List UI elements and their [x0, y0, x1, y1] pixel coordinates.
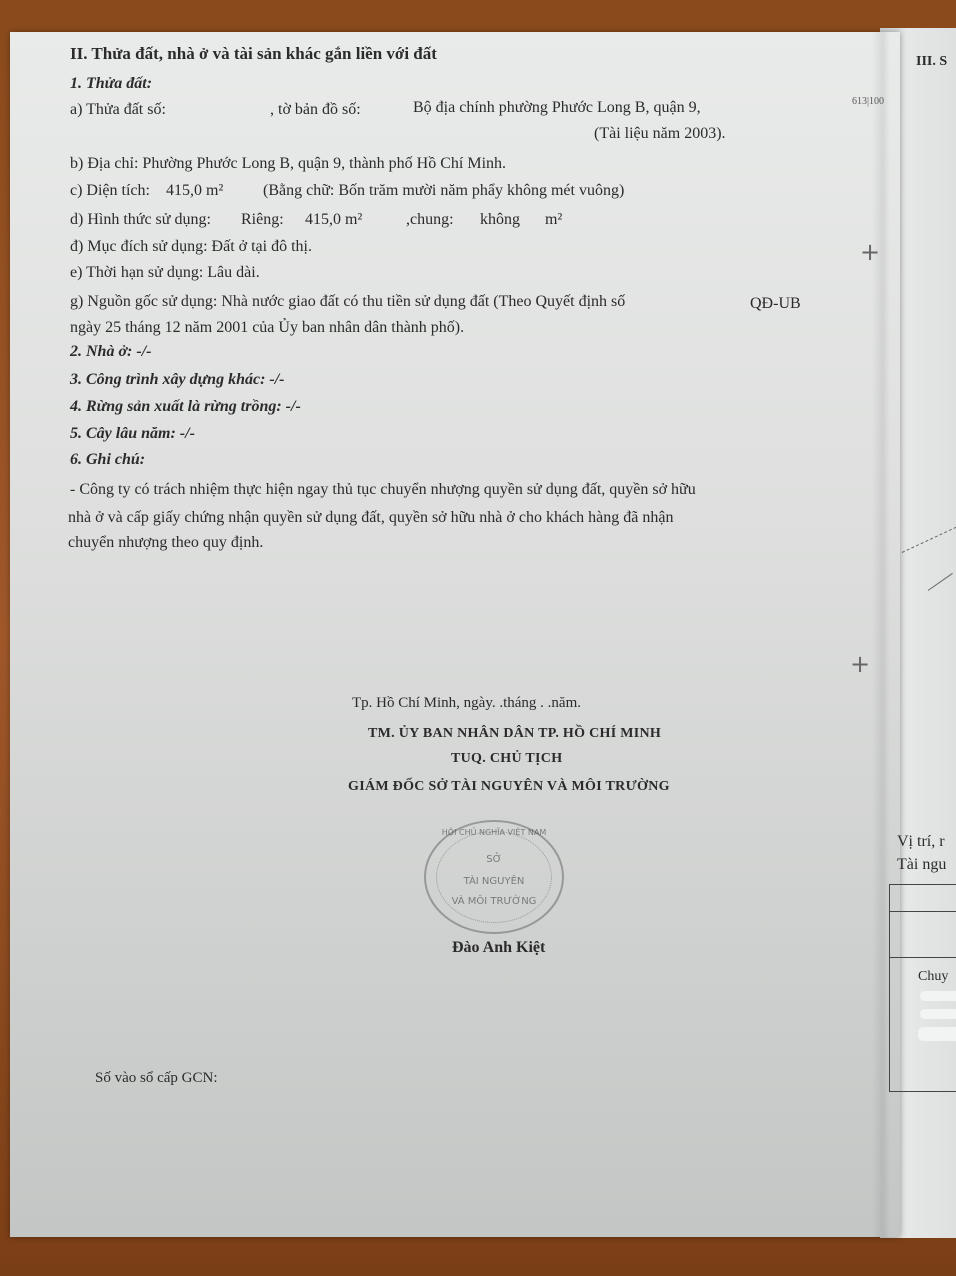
house-item: 2. Nhà ở: -/-	[70, 342, 151, 362]
crosshair-mark: +	[860, 240, 880, 264]
shared-use-unit: m²	[545, 210, 562, 230]
shared-use-label: ,chung:	[406, 210, 454, 230]
production-forest-item: 4. Rừng sản xuất là rừng trồng: -/-	[70, 397, 301, 417]
origin-line-1: g) Nguồn gốc sử dụng: Nhà nước giao đất …	[70, 292, 625, 312]
seal-text: SỞ	[426, 854, 562, 865]
origin-line-2: ngày 25 tháng 12 năm 2001 của Ủy ban nhâ…	[70, 318, 464, 338]
issuing-authority: TM. ỦY BAN NHÂN DÂN TP. HỒ CHÍ MINH	[368, 724, 661, 744]
place-date: Tp. Hồ Chí Minh, ngày. .tháng . .năm.	[352, 693, 581, 713]
registry-number-label: Số vào sổ cấp GCN:	[95, 1068, 218, 1088]
usage-purpose: đ) Mục đích sử dụng: Đất ở tại đô thị.	[70, 237, 312, 257]
area-value: 415,0 m²	[166, 181, 223, 201]
section-title: II. Thửa đất, nhà ở và tài sản khác gắn …	[70, 44, 437, 64]
signer-name: Đào Anh Kiệt	[452, 938, 545, 958]
note-line: - Công ty có trách nhiệm thực hiện ngay …	[70, 480, 696, 500]
note-line: nhà ở và cấp giấy chứng nhận quyền sử dụ…	[68, 508, 673, 528]
delegation-line: TUQ. CHỦ TỊCH	[451, 749, 562, 769]
page-fold	[872, 32, 890, 1237]
area-in-words: (Bằng chữ: Bốn trăm mười năm phẩy không …	[263, 181, 624, 201]
note-line: chuyển nhượng theo quy định.	[68, 533, 263, 553]
usage-form-label: d) Hình thức sử dụng:	[70, 210, 211, 230]
redacted-entry	[920, 991, 956, 1001]
official-seal: HỘI CHỦ NGHĨA VIỆT NAM SỞ TÀI NGUYÊN VÀ …	[424, 820, 564, 934]
redacted-entry	[920, 1009, 956, 1019]
signer-title: GIÁM ĐỐC SỞ TÀI NGUYÊN VÀ MÔI TRƯỜNG	[348, 777, 670, 797]
notes-heading: 6. Ghi chú:	[70, 450, 145, 470]
area-label: c) Diện tích:	[70, 181, 150, 201]
decision-suffix: QĐ-UB	[750, 294, 801, 314]
seal-text: TÀI NGUYÊN	[426, 876, 562, 887]
redacted-entry	[918, 1027, 956, 1041]
cadastral-record: Bộ địa chính phường Phước Long B, quận 9…	[413, 98, 701, 118]
transfer-label: Chuy	[918, 967, 948, 987]
resource-label: Tài ngu	[897, 855, 946, 875]
perennial-trees-item: 5. Cây lâu năm: -/-	[70, 424, 195, 444]
private-use-value: 415,0 m²	[305, 210, 362, 230]
crosshair-mark: +	[850, 652, 870, 676]
transfer-table: Chuy	[889, 884, 956, 1092]
adjacent-section-title: III. S	[916, 52, 947, 72]
private-use-label: Riêng:	[241, 210, 284, 230]
parcel-number-label: a) Thửa đất số:	[70, 100, 166, 120]
map-reference: 613|100	[852, 92, 884, 112]
seal-text: VÀ MÔI TRƯỜNG	[426, 896, 562, 907]
seal-rim-text: HỘI CHỦ NGHĨA VIỆT NAM	[426, 828, 562, 837]
shared-use-value: không	[480, 210, 520, 230]
address: b) Địa chỉ: Phường Phước Long B, quận 9,…	[70, 154, 506, 174]
map-sheet-label: , tờ bản đồ số:	[270, 100, 361, 120]
usage-term: e) Thời hạn sử dụng: Lâu dài.	[70, 263, 260, 283]
land-heading: 1. Thửa đất:	[70, 74, 152, 94]
other-construction-item: 3. Công trình xây dựng khác: -/-	[70, 370, 285, 390]
location-label: Vị trí, r	[897, 832, 945, 852]
cadastral-source: (Tài liệu năm 2003).	[594, 124, 726, 144]
